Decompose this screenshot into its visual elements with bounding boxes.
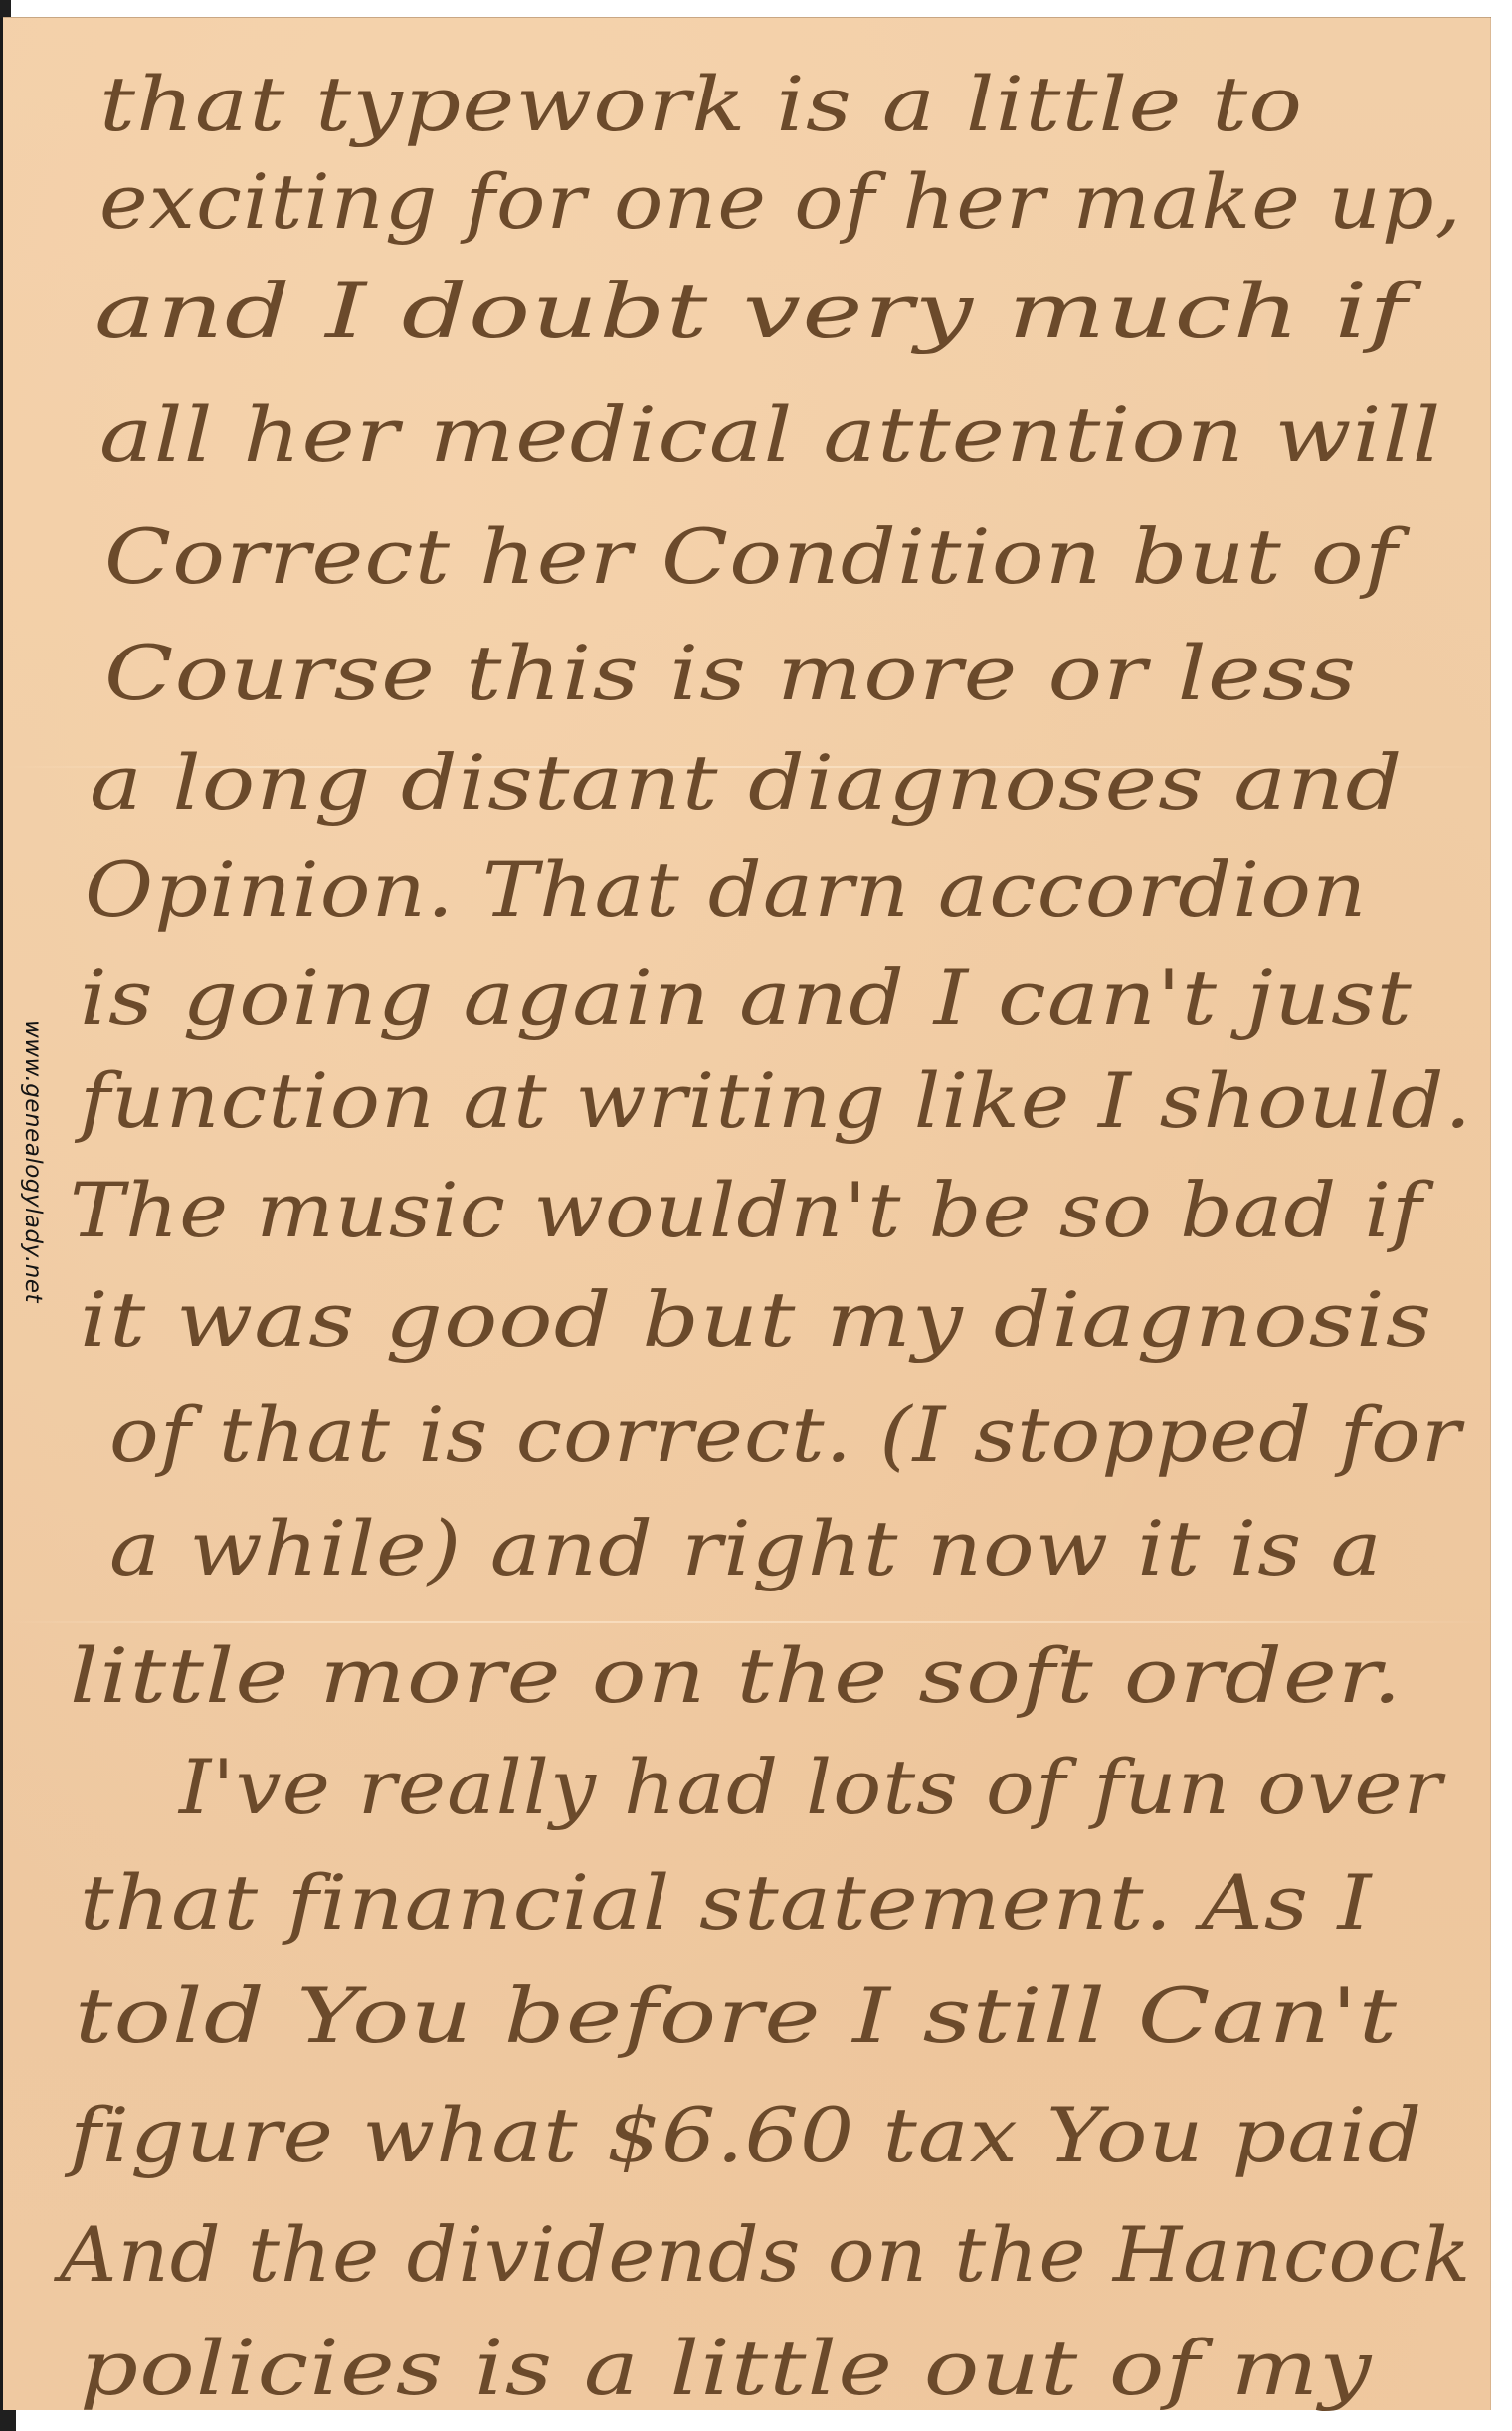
handwritten-line: that typework is a little to: [99, 60, 1303, 149]
handwritten-line: I've really had lots of fun over: [179, 1743, 1443, 1832]
handwritten-line: figure what $6.60 tax You paid: [70, 2091, 1422, 2180]
handwritten-line: function at writing like I should.: [80, 1056, 1472, 1146]
handwritten-line: little more on the soft order.: [70, 1631, 1403, 1721]
handwritten-line: a while) and right now it is a: [109, 1504, 1383, 1593]
handwritten-line: all her medical attention will: [99, 390, 1442, 479]
handwritten-line: And the dividends on the Hancock: [60, 2210, 1471, 2300]
handwritten-line: of that is correct. (I stopped for: [109, 1391, 1462, 1480]
handwritten-line: Course this is more or less: [104, 629, 1357, 718]
handwritten-line: a long distant diagnoses and: [90, 738, 1403, 828]
handwritten-line: and I doubt very much if: [94, 267, 1409, 356]
handwritten-line: that financial statement. As I: [80, 1858, 1373, 1948]
handwritten-line: told You before I still Can't: [75, 1971, 1398, 2061]
letter-body: that typework is a little toexciting for…: [0, 0, 1512, 2431]
handwritten-line: exciting for one of her make up,: [99, 157, 1462, 247]
handwritten-line: is going again and I can't just: [80, 953, 1413, 1042]
handwritten-line: The music wouldn't be so bad if: [70, 1166, 1423, 1255]
handwritten-line: Opinion. That darn accordion: [85, 845, 1368, 935]
handwritten-line: it was good but my diagnosis: [80, 1275, 1432, 1365]
handwritten-line: Correct her Condition but of: [104, 512, 1398, 602]
handwritten-line: policies is a little out of my: [80, 2324, 1373, 2413]
